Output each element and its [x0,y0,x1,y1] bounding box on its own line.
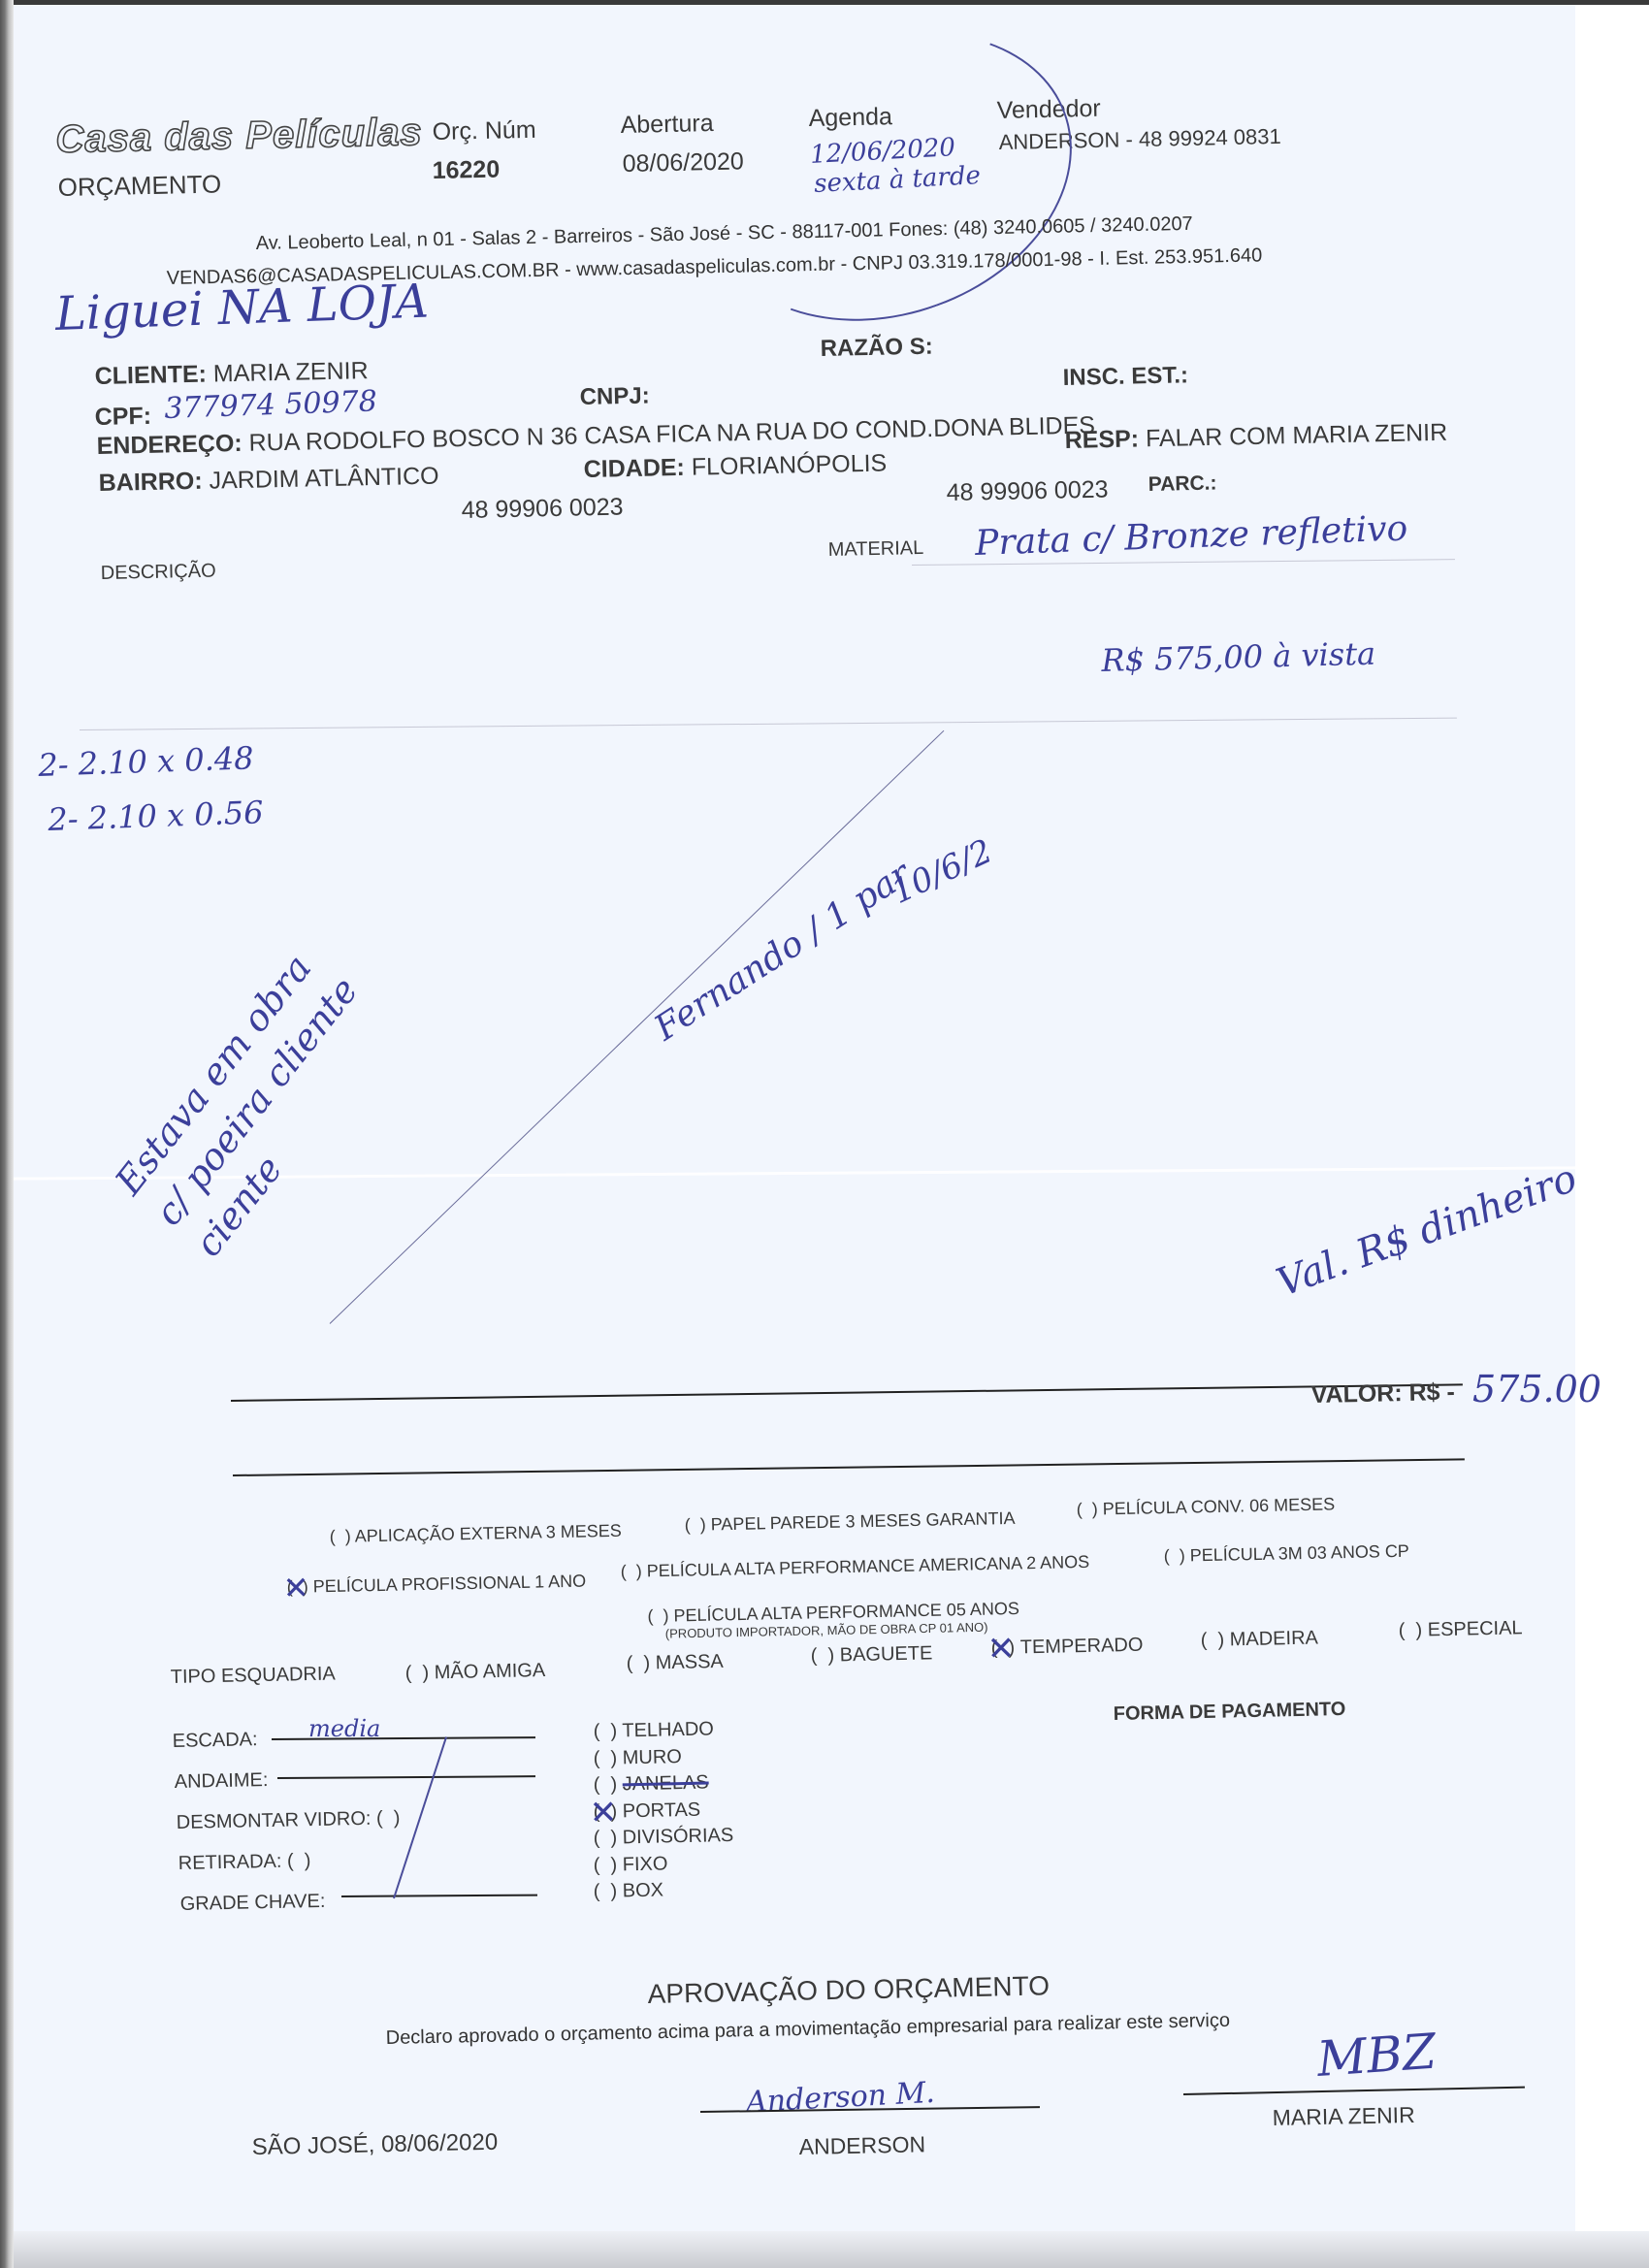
location-label: BOX [623,1879,664,1901]
retirada-label: RETIRADA: [178,1851,282,1874]
location-checkmark-icon: ✕ [589,1793,617,1832]
esquadria-label: TEMPERADO [1020,1635,1144,1659]
scan-shadow-bottom [14,2231,1649,2268]
location-option: ( ) FIXO [594,1853,668,1877]
esquadria-label: BAGUETE [840,1642,933,1666]
scan-border-left [0,0,14,2268]
price-hand: R$ 575,00 à vista [1101,635,1376,679]
bairro-label: BAIRRO: [98,468,203,497]
location-checkbox[interactable]: ( ) [594,1880,623,1902]
esquadria-checkbox[interactable]: ( ) [811,1644,840,1667]
parc-label: PARC.: [1148,472,1216,497]
esquadria-checkbox[interactable]: ( ) [627,1652,656,1674]
client-name: MARIA ZENIR [1272,2102,1415,2131]
escada-label: ESCADA: [173,1729,258,1753]
resp-label: RESP: [1064,425,1139,454]
service-checkbox[interactable]: ( ) [647,1605,673,1626]
client-signature: MBZ [1315,2024,1438,2088]
valor-label: VALOR: R$ - [1310,1378,1455,1409]
service-label: PELÍCULA CONV. 06 MESES [1103,1494,1336,1518]
esquadria-checkmark-icon: ✕ [986,1629,1015,1669]
esquadria-label: MADEIRA [1230,1627,1319,1650]
location-label: FIXO [623,1853,668,1875]
measure-2: 2- 2.10 x 0.56 [48,794,264,838]
abertura-label: Abertura [620,110,713,140]
location-option: ( ) MURO [594,1746,683,1770]
cpf-label: CPF: [94,403,151,432]
location-label: TELHADO [622,1718,714,1741]
valor-amount: 575.00 [1472,1368,1601,1410]
location-option: ( ) DIVISÓRIAS [594,1825,734,1850]
measure-1: 2- 2.10 x 0.48 [38,739,254,784]
location-label: MURO [623,1746,683,1768]
service-checkbox[interactable]: ( ) [330,1526,355,1546]
esquadria-option: ( ) MADEIRA [1201,1627,1319,1652]
service-checkbox[interactable]: ( ) ✕ [287,1576,313,1597]
esquadria-option: ( ) MÃO AMIGA [405,1660,546,1685]
esquadria-label: ESPECIAL [1428,1617,1523,1640]
esquadria-option: ( ) ✕TEMPERADO [991,1635,1144,1660]
cidade-label: CIDADE: [583,454,685,483]
phone-1: 48 99906 0023 [461,494,623,525]
location-checkbox[interactable]: ( ) [594,1720,623,1742]
descricao-label: DESCRIÇÃO [101,561,216,585]
service-checkmark-icon: ✕ [282,1570,309,1607]
desmontar-label: DESMONTAR VIDRO: [177,1808,372,1833]
service-checkbox[interactable]: ( ) [685,1514,711,1535]
location-option: ( ) BOX [594,1879,664,1903]
cnpj-label: CNPJ: [579,382,650,411]
esquadria-label: MASSA [656,1651,724,1673]
desmontar-checkbox[interactable]: ( ) [376,1807,401,1830]
brand-logo: Casa das Películas [55,111,423,162]
cidade-value: FLORIANÓPOLIS [691,449,887,480]
location-option: ( ) ✕PORTAS [594,1798,701,1823]
orc-num: 16220 [432,156,500,185]
service-checkbox[interactable]: ( ) [1077,1499,1103,1519]
service-checkbox[interactable]: ( ) [1164,1545,1190,1566]
location-checkbox[interactable]: ( ) [594,1747,623,1769]
desmontar-row: DESMONTAR VIDRO: ( ) [177,1807,401,1834]
location-checkbox[interactable]: ( ) [594,1854,623,1876]
esquadria-checkbox[interactable]: ( ) [1201,1629,1230,1651]
seller-name: ANDERSON [798,2131,925,2160]
esquadria-checkbox[interactable]: ( ) [1399,1619,1428,1641]
andaime-label: ANDAIME: [175,1769,269,1794]
location-label: JANELAS [623,1772,709,1796]
approval-place-date: SÃO JOSÉ, 08/06/2020 [251,2129,498,2161]
location-label: PORTAS [623,1798,701,1822]
esquadria-checkbox[interactable]: ( ) [405,1662,435,1684]
insc-label: INSC. EST.: [1062,362,1188,392]
material-label: MATERIAL [828,537,924,562]
bairro-value: JARDIM ATLÂNTICO [209,463,439,495]
retirada-checkbox[interactable]: ( ) [287,1850,311,1872]
cliente-label: CLIENTE: [94,361,207,390]
orc-num-label: Orç. Núm [432,116,536,146]
retirada-row: RETIRADA: ( ) [178,1850,311,1875]
esquadria-option: ( ) ESPECIAL [1399,1617,1523,1642]
location-checkbox[interactable]: ( ) [594,1773,623,1796]
location-checkbox[interactable]: ( ) [594,1827,623,1849]
location-label: DIVISÓRIAS [623,1825,734,1848]
location-option: ( ) TELHADO [594,1718,715,1743]
esquadria-label: TIPO ESQUADRIA [171,1663,336,1689]
esquadria-label: MÃO AMIGA [435,1660,546,1683]
service-label: PELÍCULA 3M 03 ANOS CP [1190,1541,1409,1566]
esquadria-option: ( ) BAGUETE [811,1642,933,1668]
location-checkbox[interactable]: ( ) ✕ [594,1800,623,1823]
endereco-label: ENDEREÇO: [96,430,242,460]
service-checkbox[interactable]: ( ) [621,1561,647,1581]
esquadria-checkbox[interactable]: ( ) ✕ [991,1636,1020,1659]
razao-label: RAZÃO S: [820,334,933,363]
resp-value: FALAR COM MARIA ZENIR [1146,419,1448,453]
doc-type: ORÇAMENTO [57,169,221,203]
cliente-value: MARIA ZENIR [213,357,369,387]
grade-label: GRADE CHAVE: [180,1891,326,1916]
phone-2: 48 99906 0023 [946,476,1108,507]
esquadria-option: ( ) MASSA [627,1651,724,1675]
